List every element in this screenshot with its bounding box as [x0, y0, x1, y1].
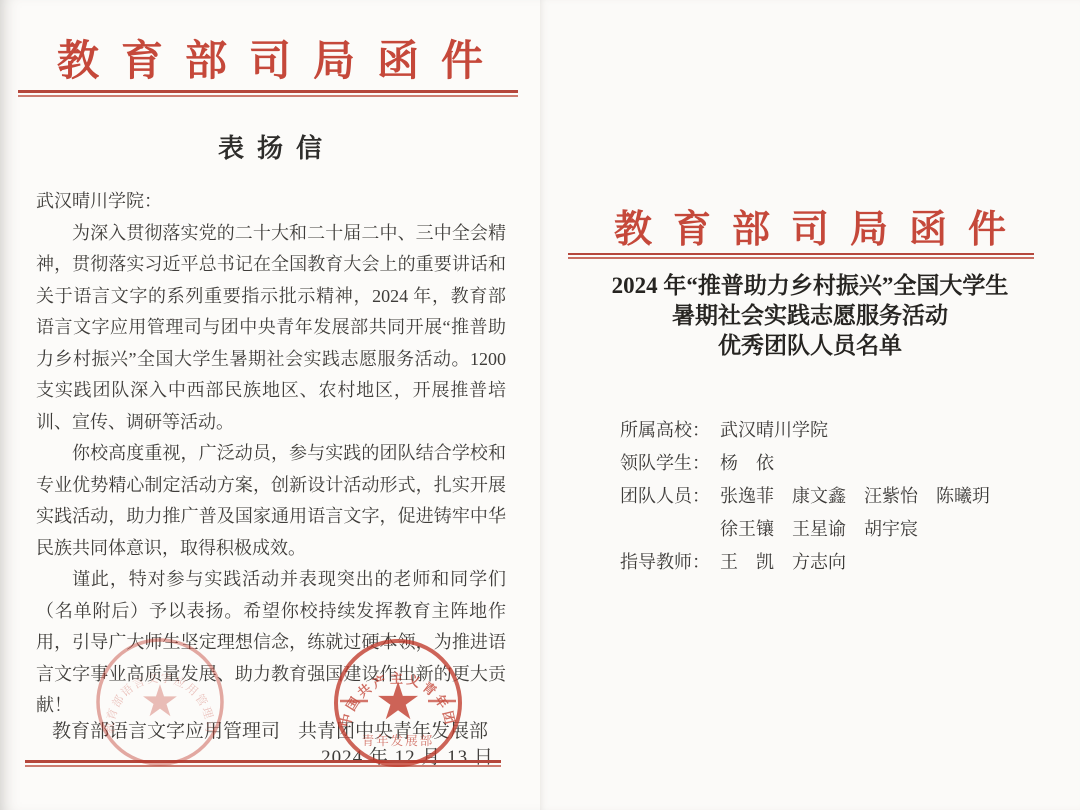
field-value: 武汉晴川学院: [720, 414, 828, 447]
commendation-letter-page: 教育部司局函件 表扬信 武汉晴川学院： 为深入贯彻落实党的二十大和二十届二中、三…: [0, 0, 540, 810]
field-value: 杨 依: [720, 447, 774, 480]
list-title-line: 暑期社会实践志愿服务活动: [540, 301, 1080, 331]
signer-department-left: 教育部语言文字应用管理司: [52, 716, 280, 743]
page-bottom-rule: [25, 760, 501, 767]
field-value: 张逸菲 康文鑫 汪紫怡 陈曦玥: [720, 480, 990, 513]
field-value: 王 凯 方志向: [720, 546, 846, 579]
field-row-members-cont: 徐王镶 王星谕 胡宇宸: [620, 513, 990, 546]
list-title-line: 2024 年“推普助力乡村振兴”全国大学生: [540, 271, 1080, 301]
letter-title: 表扬信: [0, 128, 540, 165]
right-header-rule: [568, 253, 1034, 259]
letter-salutation: 武汉晴川学院：: [36, 186, 506, 218]
list-title-line: 优秀团队人员名单: [540, 331, 1080, 361]
left-header-rule: [18, 90, 518, 97]
field-row-advisors: 指导教师： 王 凯 方志向: [620, 546, 990, 579]
field-label: 指导教师：: [620, 546, 720, 579]
rule-line-bottom: [18, 95, 518, 97]
letter-paragraph: 谨此，特对参与实践活动并表现突出的老师和同学们（名单附后）予以表扬。希望你校持续…: [36, 564, 506, 722]
rule-line-bottom: [568, 257, 1034, 259]
field-row-members: 团队人员： 张逸菲 康文鑫 汪紫怡 陈曦玥: [620, 480, 990, 513]
name-list-page: 教育部司局函件 2024 年“推普助力乡村振兴”全国大学生 暑期社会实践志愿服务…: [540, 0, 1080, 810]
rule-line-bottom: [25, 765, 501, 767]
letter-paragraph: 为深入贯彻落实党的二十大和二十届二中、三中全会精神，贯彻落实习近平总书记在全国教…: [36, 218, 506, 439]
signer-department-right: 共青团中央青年发展部: [298, 716, 488, 743]
field-label: 团队人员：: [620, 480, 720, 513]
list-title: 2024 年“推普助力乡村振兴”全国大学生 暑期社会实践志愿服务活动 优秀团队人…: [540, 271, 1080, 361]
field-value: 徐王镶 王星谕 胡宇宸: [720, 513, 918, 546]
field-label: 领队学生：: [620, 447, 720, 480]
field-label: 所属高校：: [620, 414, 720, 447]
letter-body: 武汉晴川学院： 为深入贯彻落实党的二十大和二十届二中、三中全会精神，贯彻落实习近…: [36, 186, 506, 722]
field-row-school: 所属高校： 武汉晴川学院: [620, 414, 990, 447]
field-row-leader: 领队学生： 杨 依: [620, 447, 990, 480]
team-info-list: 所属高校： 武汉晴川学院 领队学生： 杨 依 团队人员： 张逸菲 康文鑫 汪紫怡…: [620, 414, 990, 579]
left-doc-header: 教育部司局函件: [0, 28, 540, 88]
letter-paragraph: 你校高度重视，广泛动员，参与实践的团队结合学校和专业优势精心制定活动方案，创新设…: [36, 438, 506, 564]
right-doc-header: 教育部司局函件: [540, 198, 1080, 253]
